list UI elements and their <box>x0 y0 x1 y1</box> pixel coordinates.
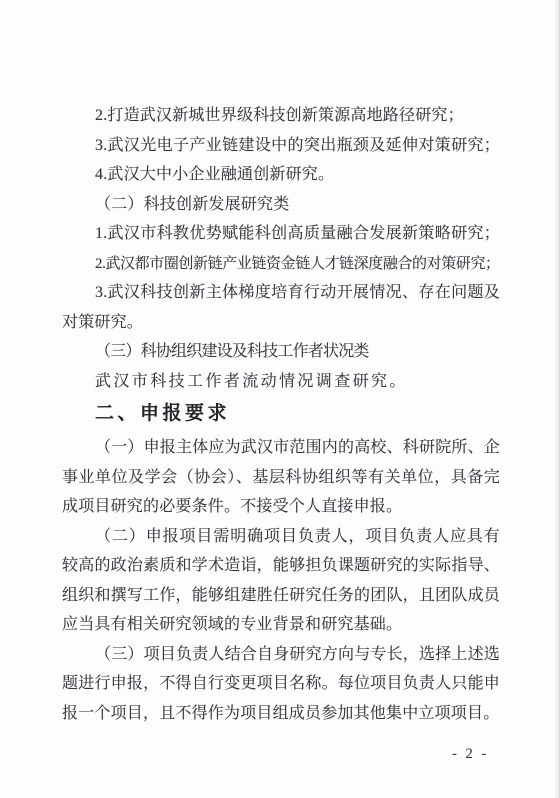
paragraph-line: 较高的政治素质和学术造诣，能够担负课题研究的实际指导、 <box>62 554 500 584</box>
paragraph-line: （一）申报主体应为武汉市范围内的高校、科研院所、企 <box>62 436 500 466</box>
topic-line: 2.武汉都市圈创新链产业链资金链人才链深度融合的对策研究； <box>62 252 500 282</box>
section-heading-requirements: 二、申报要求 <box>62 399 500 436</box>
scan-edge-shadow <box>554 0 560 798</box>
topic-line: 2.打造武汉新城世界级科技创新策源高地路径研究； <box>62 104 500 134</box>
document-body: 2.打造武汉新城世界级科技创新策源高地路径研究； 3.武汉光电子产业链建设中的突… <box>62 104 500 731</box>
scanned-document-page: 2.打造武汉新城世界级科技创新策源高地路径研究； 3.武汉光电子产业链建设中的突… <box>0 0 560 798</box>
paragraph-line: 应当具有相关研究领域的专业背景和研究基础。 <box>62 613 500 643</box>
paragraph-line: 题进行申报，不得自行变更项目名称。每位项目负责人只能申 <box>62 672 500 702</box>
paragraph-line: （三）项目负责人结合自身研究方向与专长，选择上述选 <box>62 643 500 673</box>
paragraph-line: 事业单位及学会（协会）、基层科协组织等有关单位，具备完 <box>62 466 500 496</box>
topic-line: 3.武汉光电子产业链建设中的突出瓶颈及延伸对策研究； <box>62 134 500 164</box>
topic-line: 武汉市科技工作者流动情况调查研究。 <box>62 370 500 400</box>
paragraph-line: （二）申报项目需明确项目负责人，项目负责人应具有 <box>62 525 500 555</box>
topic-line: 对策研究。 <box>62 311 500 341</box>
topic-line: 1.武汉市科教优势赋能科创高质量融合发展新策略研究； <box>62 222 500 252</box>
subsection-heading-category2: （二）科技创新发展研究类 <box>62 193 500 223</box>
paragraph-line: 报一个项目，且不得作为项目组成员参加其他集中立项项目。 <box>62 702 500 732</box>
page-number: - 2 - <box>452 746 489 763</box>
paragraph-line: 成项目研究的必要条件。不接受个人直接申报。 <box>62 495 500 525</box>
topic-line: 3.武汉科技创新主体梯度培育行动开展情况、存在问题及 <box>62 281 500 311</box>
subsection-heading-category3: （三）科协组织建设及科技工作者状况类 <box>62 340 500 370</box>
paragraph-line: 组织和撰写工作，能够组建胜任研究任务的团队，且团队成员 <box>62 584 500 614</box>
topic-line: 4.武汉大中小企业融通创新研究。 <box>62 163 500 193</box>
